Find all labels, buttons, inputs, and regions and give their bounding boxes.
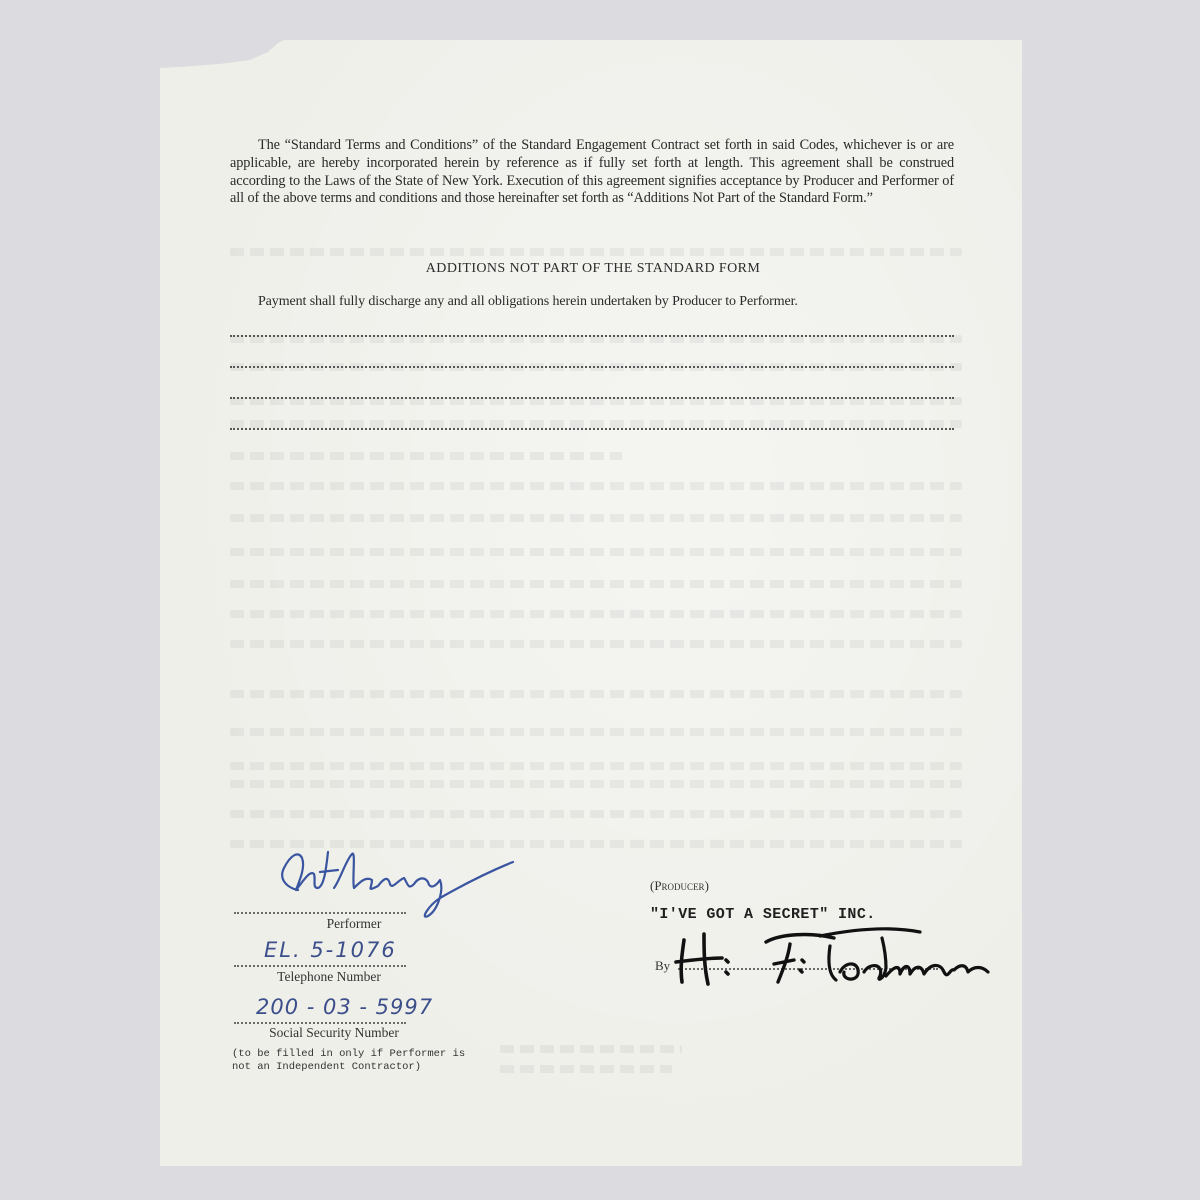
show-through-text xyxy=(230,420,962,428)
show-through-text xyxy=(230,248,962,256)
contract-page: The “Standard Terms and Conditions” of t… xyxy=(160,40,1022,1166)
show-through-text xyxy=(230,482,962,490)
additions-blank-line[interactable] xyxy=(230,335,954,337)
show-through-text xyxy=(230,610,962,618)
additions-blank-line[interactable] xyxy=(230,366,954,368)
section-heading: ADDITIONS NOT PART OF THE STANDARD FORM xyxy=(160,261,1026,277)
ssn-note: (to be filled in only if Performer is no… xyxy=(232,1048,465,1074)
show-through-text xyxy=(230,780,962,788)
additions-blank-line[interactable] xyxy=(230,397,954,399)
show-through-text xyxy=(230,580,962,588)
performer-label: Performer xyxy=(234,916,474,932)
ssn-value: 200 - 03 - 5997 xyxy=(256,995,433,1019)
payment-clause: Payment shall fully discharge any and al… xyxy=(258,294,798,310)
intro-paragraph: The “Standard Terms and Conditions” of t… xyxy=(230,137,954,208)
show-through-text xyxy=(230,514,962,522)
ssn-label: Social Security Number xyxy=(234,1025,434,1041)
by-label: By xyxy=(655,958,670,974)
performer-signature-line[interactable] xyxy=(234,912,406,914)
show-through-text xyxy=(230,452,622,460)
show-through-text xyxy=(500,1045,682,1053)
performer-signature xyxy=(268,840,528,920)
producer-label: (Producer) xyxy=(650,878,709,894)
show-through-text xyxy=(500,1065,672,1073)
producer-signature xyxy=(670,920,1030,990)
telephone-line[interactable] xyxy=(234,965,406,967)
show-through-text xyxy=(230,728,962,736)
show-through-text xyxy=(230,690,962,698)
show-through-text xyxy=(230,640,962,648)
telephone-value: EL. 5-1076 xyxy=(264,938,397,962)
show-through-text xyxy=(230,762,962,770)
telephone-label: Telephone Number xyxy=(234,969,424,985)
additions-blank-line[interactable] xyxy=(230,428,954,430)
show-through-text xyxy=(230,810,962,818)
ssn-line[interactable] xyxy=(234,1022,406,1024)
show-through-text xyxy=(230,548,962,556)
